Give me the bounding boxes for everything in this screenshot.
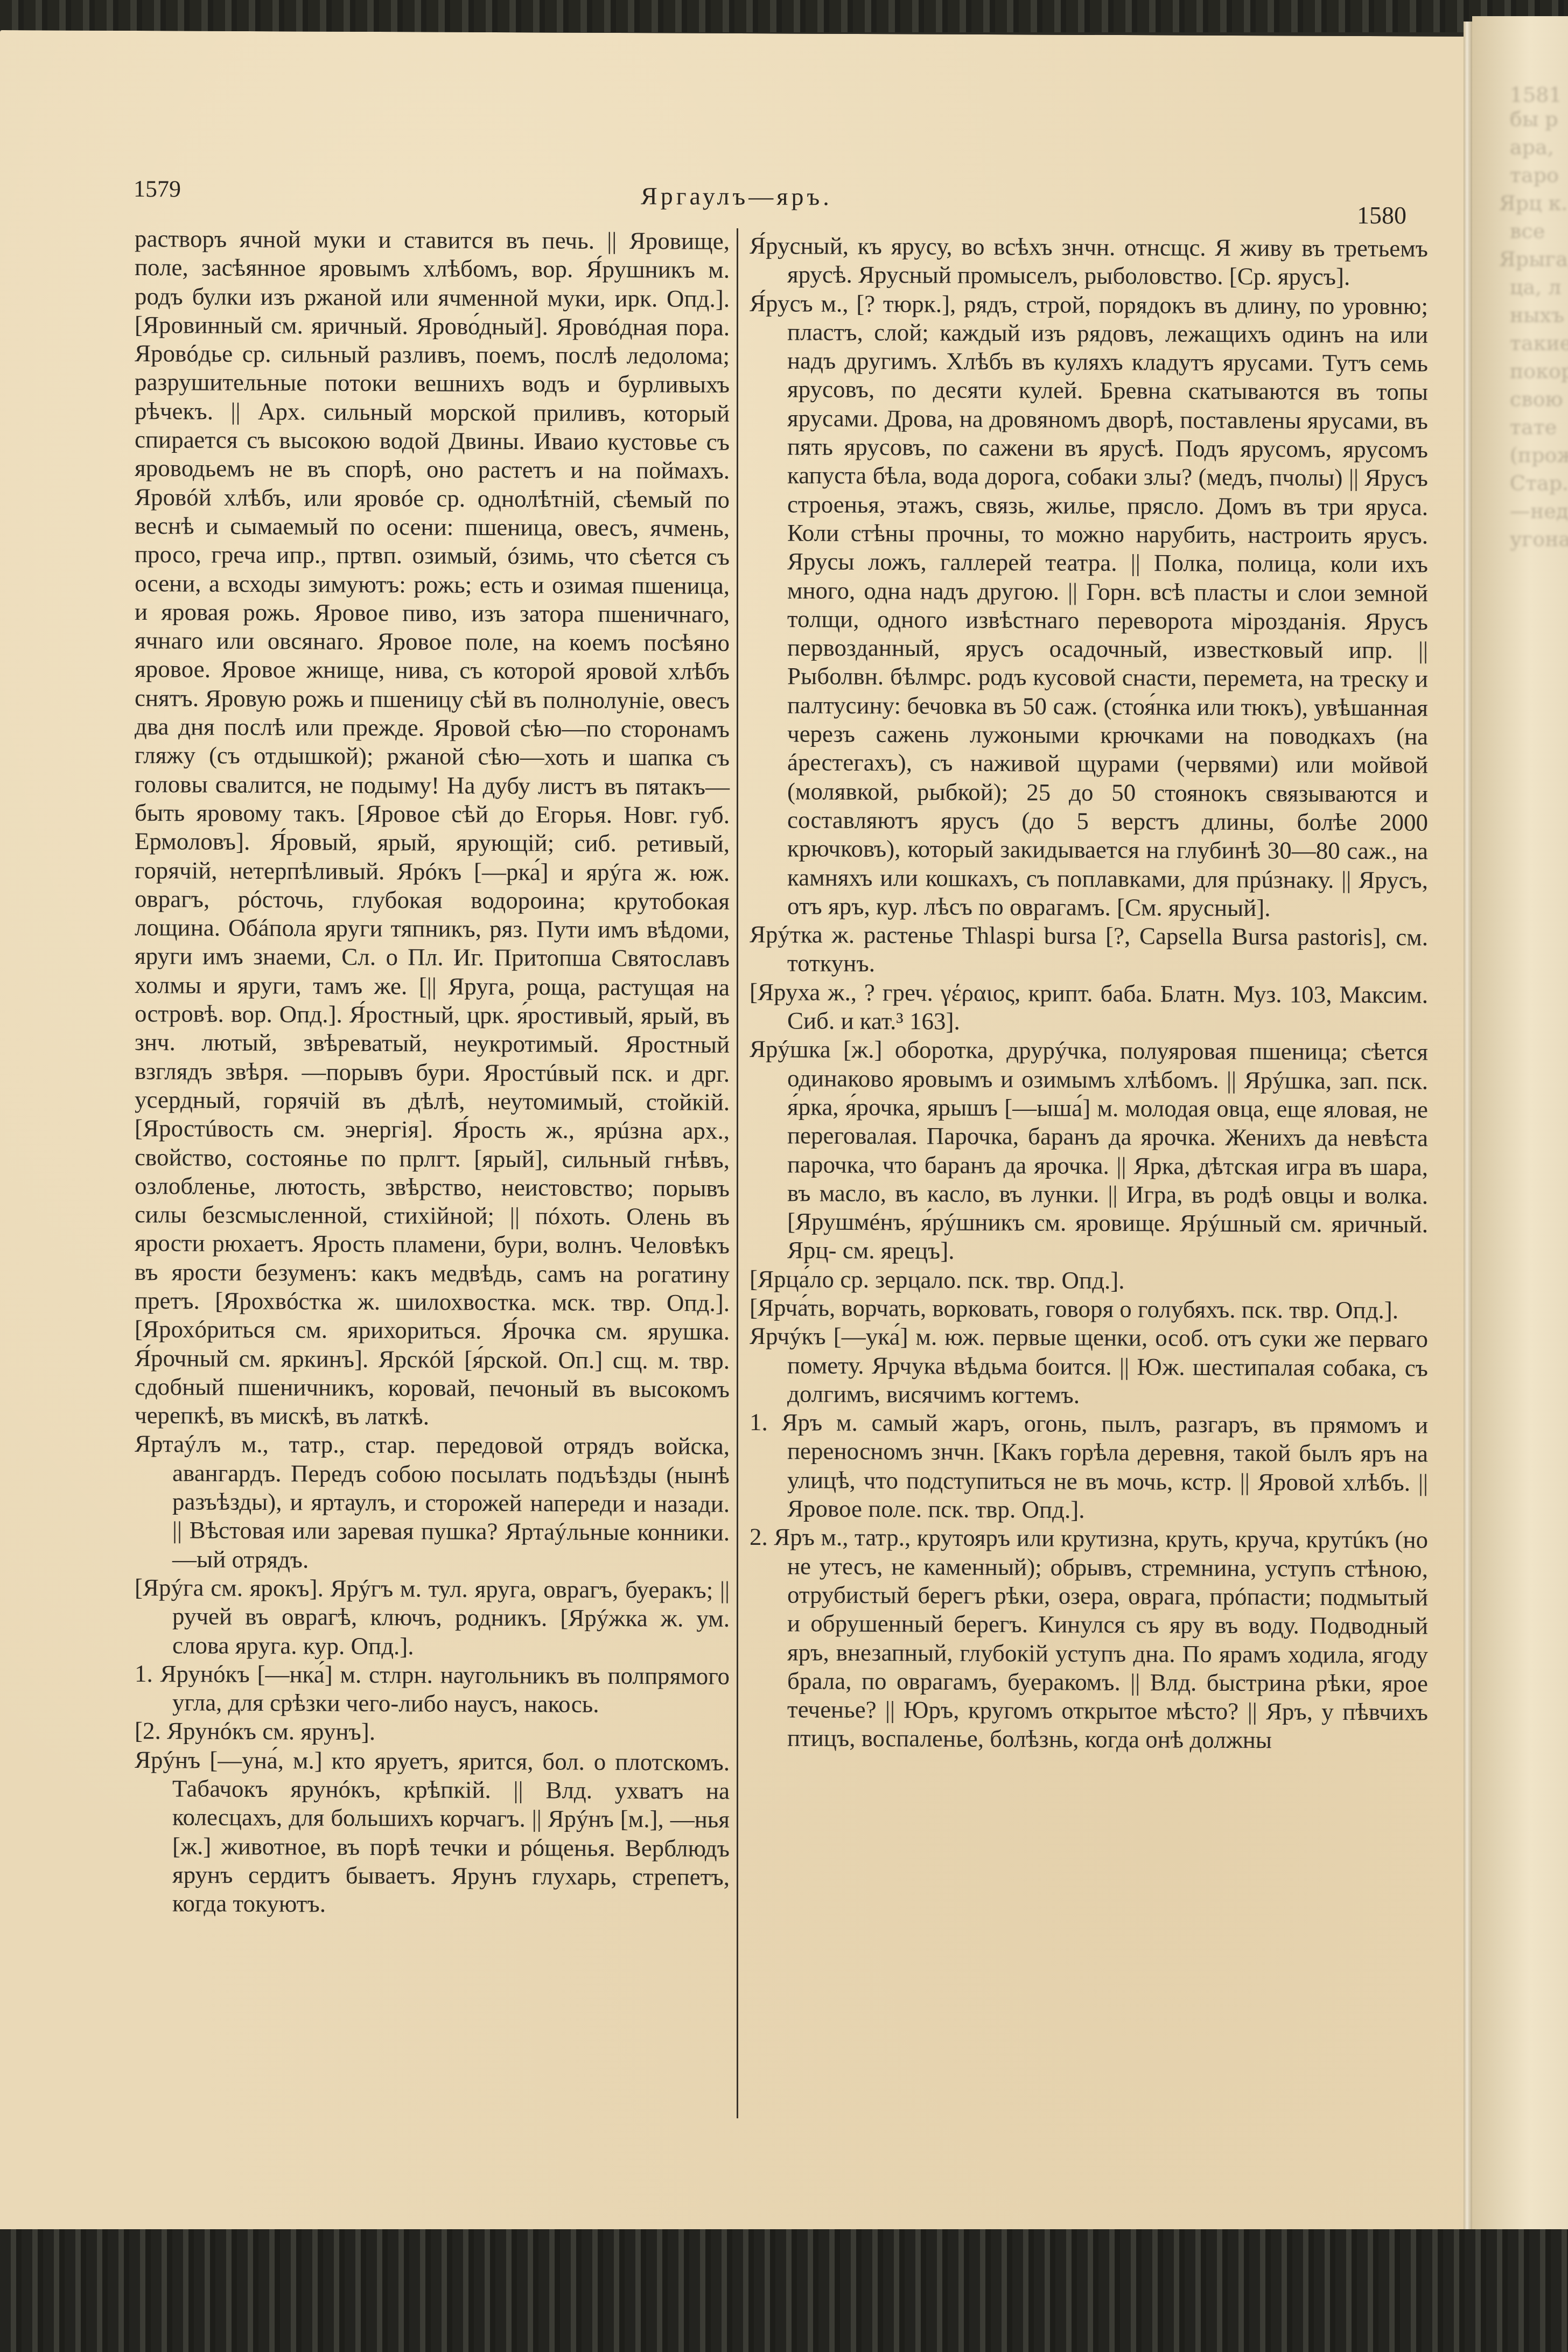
- adjacent-line: тате: [1510, 413, 1557, 441]
- entry-yar-2: 2. Яръ м., татр., крутояръ или крутизна,…: [750, 1523, 1428, 1755]
- dictionary-page: 1579 Яргаулъ—яръ. 1580 растворъ ячной му…: [0, 30, 1464, 2244]
- entry-yarus: Я́русъ м., [? тюрк.], рядъ, строй, поряд…: [750, 289, 1428, 923]
- right-column: Я́русный, къ ярусу, во всѣхъ знчн. отнсщ…: [750, 232, 1428, 1755]
- entry-yarukha: [Яруха ж., ? греч. γέραιος, крипт. баба.…: [750, 978, 1428, 1038]
- adjacent-line: свою: [1510, 385, 1563, 413]
- running-header: 1579 Яргаулъ—яръ. 1580: [0, 159, 1464, 225]
- entry-yar-1: 1. Яръ м. самый жаръ, огонь, пылъ, разга…: [750, 1408, 1428, 1526]
- adjacent-line: угона: [1510, 525, 1568, 553]
- dark-background-bottom: [0, 2229, 1568, 2352]
- entry-yarovishche-yarskoy: растворъ ячной муки и ставится въ печь. …: [135, 225, 730, 1432]
- adjacent-line: Ярц к.: [1499, 189, 1567, 217]
- page-number-right: 1580: [1357, 201, 1406, 229]
- left-column: растворъ ячной муки и ставится въ печь. …: [135, 225, 730, 1920]
- adjacent-line: Ярыга,: [1499, 245, 1568, 273]
- adjacent-line: бы р: [1510, 105, 1558, 133]
- dark-background-top: [0, 0, 1568, 32]
- adjacent-line: (прож: [1510, 441, 1568, 469]
- entry-yarunok-2: [2. Ярунóкъ см. ярунъ].: [135, 1717, 730, 1748]
- entry-yarunok-1: 1. Ярунóкъ [—нка́] м. стлрн. наугольникъ…: [135, 1660, 730, 1719]
- page-number-left: 1579: [134, 175, 181, 202]
- adjacent-line: ца, л: [1510, 273, 1561, 301]
- entry-yartaul: Яртаýлъ м., татр., стар. передовой отряд…: [135, 1430, 730, 1576]
- column-divider: [737, 228, 738, 2118]
- entry-yarushka: Ярýшка [ж.] оборотка, друрýчка, полуяров…: [750, 1035, 1428, 1268]
- running-title: Яргаулъ—яръ.: [641, 181, 832, 211]
- entry-yarusny: Я́русный, къ ярусу, во всѣхъ знчн. отнсщ…: [750, 232, 1428, 292]
- adjacent-line: такие: [1510, 329, 1568, 357]
- entry-yarutka: Ярýтка ж. растенье Thlaspi bursa [?, Cap…: [750, 920, 1428, 981]
- adjacent-line: Стар.: [1510, 469, 1568, 497]
- entry-yartsalo: [Ярца́ло ср. зерцало. пск. твр. Опд.].: [750, 1265, 1428, 1297]
- adjacent-line: ара,: [1510, 133, 1554, 161]
- adjacent-line: таро: [1510, 161, 1559, 189]
- entry-yarchuk: Ярчýкъ [—ука́] м. юж. первые щенки, особ…: [750, 1322, 1428, 1411]
- entry-yarchat: [Ярча́ть, ворчать, ворковать, говоря о г…: [750, 1293, 1428, 1325]
- adjacent-line: все: [1510, 217, 1545, 245]
- entry-yarug: [Ярýга см. ярокъ]. Ярýгъ м. тул. яруга, …: [135, 1573, 730, 1662]
- adjacent-line: покор: [1510, 357, 1568, 385]
- adjacent-page-edge: 1581 бы р ара, таро Ярц к. все Ярыга, ца…: [1472, 16, 1568, 2237]
- entry-yarun: Ярýнъ [—уна́, м.] кто яруетъ, ярится, бо…: [135, 1746, 730, 1921]
- adjacent-line: —нед: [1510, 497, 1568, 525]
- adjacent-line: ныхъ: [1510, 301, 1564, 329]
- page-gutter: [1464, 22, 1472, 2235]
